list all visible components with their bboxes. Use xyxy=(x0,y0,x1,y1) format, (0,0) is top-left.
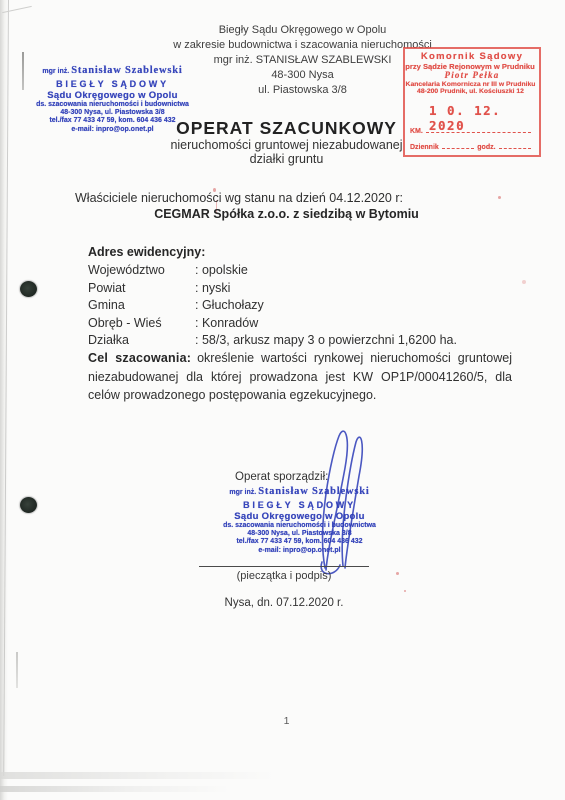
address-row-value: : nyski xyxy=(195,280,230,298)
address-row-label: Gmina xyxy=(88,297,195,315)
scan-streak xyxy=(0,772,275,779)
expert-stamp-court: Sądu Okręgowego w Opolu xyxy=(25,90,200,101)
staple-mark xyxy=(22,52,24,90)
expert-stamp-name: Stanisław Szablewski xyxy=(71,65,182,76)
address-heading: Adres ewidencyjny: xyxy=(88,244,457,261)
address-row: Województwo : opolskie xyxy=(88,262,457,280)
address-row-label: Powiat xyxy=(88,280,195,298)
address-row-value: : 58/3, arkusz mapy 3 o powierzchni 1,62… xyxy=(195,332,457,350)
expert-stamp-prefix: mgr inż. xyxy=(42,68,69,75)
address-row: Powiat : nyski xyxy=(88,280,457,298)
valuation-purpose: Cel szacowania:określenie wartości rynko… xyxy=(88,349,512,405)
expert-stamp-specialty: ds. szacowania nieruchomości i budownict… xyxy=(25,101,200,109)
journal-label: Dziennik xyxy=(410,144,439,151)
signature-line xyxy=(199,566,369,567)
signature-caption: (pieczątka i podpis) xyxy=(199,570,369,582)
bailiff-stamp-address: 48-200 Prudnik, ul. Kościuszki 12 xyxy=(402,88,539,96)
ink-speck xyxy=(522,280,526,284)
time-label: godz. xyxy=(477,144,495,151)
address-row-value: : Głuchołazy xyxy=(195,297,264,315)
handwritten-signature xyxy=(295,426,385,576)
address-row: Obręb - Wieś : Konradów xyxy=(88,315,457,333)
expert-stamp-role: BIEGŁY SĄDOWY xyxy=(25,79,200,90)
journal-row: Dziennik godz. xyxy=(410,144,534,151)
address-row: Działka : 58/3, arkusz mapy 3 o powierzc… xyxy=(88,332,457,350)
journal-fill-line xyxy=(442,147,474,149)
letterhead-line: Biegły Sądu Okręgowego w Opolu xyxy=(40,23,565,38)
bailiff-stamp-name: Piotr Pełka xyxy=(405,71,539,81)
address-row-label: Działka xyxy=(88,332,195,350)
address-row-label: Obręb - Wieś xyxy=(88,315,195,333)
staple-mark xyxy=(16,652,18,688)
address-row-value: : opolskie xyxy=(195,262,248,280)
time-fill-line xyxy=(499,147,531,149)
address-row: Gmina : Głuchołazy xyxy=(88,297,457,315)
bailiff-stamp-title: Komornik Sądowy xyxy=(405,52,539,63)
km-label: KM. xyxy=(410,128,423,135)
purpose-label: Cel szacowania: xyxy=(88,351,191,365)
ink-speck xyxy=(404,590,406,592)
address-row-label: Województwo xyxy=(88,262,195,280)
address-row-value: : Konradów xyxy=(195,315,258,333)
ink-speck xyxy=(498,196,501,199)
km-number-row: KM. xyxy=(410,128,534,135)
hole-punch-dot xyxy=(20,281,37,297)
owners-name: CEGMAR Spółka z.o.o. z siedzibą w Bytomi… xyxy=(20,207,553,221)
expert-stamp-name-line: mgr inż.Stanisław Szablewski xyxy=(25,64,200,79)
place-and-date: Nysa, dn. 07.12.2020 r. xyxy=(199,597,369,609)
address-section: Adres ewidencyjny: Województwo : opolski… xyxy=(88,244,457,350)
hole-punch-dot xyxy=(20,497,37,513)
expert-stamp-prefix: mgr inż. xyxy=(229,489,256,496)
scan-streak xyxy=(0,786,230,792)
page-number: 1 xyxy=(20,715,553,727)
owners-label: Właściciele nieruchomości wg stanu na dz… xyxy=(75,191,403,205)
km-fill-line xyxy=(426,131,531,133)
ink-speck xyxy=(396,572,399,575)
bailiff-stamp: Komornik Sądowy przy Sądzie Rejonowym w … xyxy=(403,47,541,157)
